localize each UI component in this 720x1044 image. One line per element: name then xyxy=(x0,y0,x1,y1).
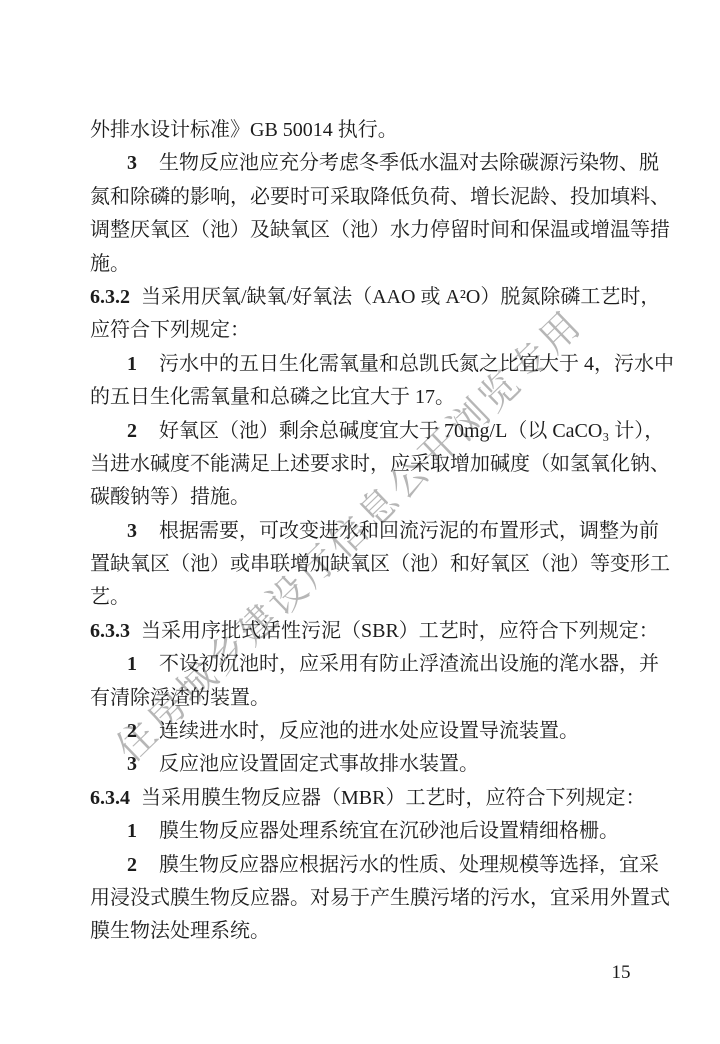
line-text: 当采用膜生物反应器（MBR）工艺时，应符合下列规定： xyxy=(141,787,645,809)
text-line: 3反应池应设置固定式事故排水装置。 xyxy=(90,748,646,781)
line-text: 碳酸钠等）措施。 xyxy=(90,486,250,508)
text-line: 6.3.3当采用序批式活性污泥（SBR）工艺时，应符合下列规定： xyxy=(90,615,646,648)
text-line: 1污水中的五日生化需氧量和总凯氏氮之比宜大于 4，污水中 xyxy=(90,348,646,381)
text-line: 6.3.2当采用厌氧/缺氧/好氧法（AAO 或 A²O）脱氮除磷工艺时， xyxy=(90,281,646,314)
item-number: 3 xyxy=(127,753,137,775)
text-column: 外排水设计标准》GB 50014 执行。 3生物反应池应充分考虑冬季低水温对去除… xyxy=(90,114,646,949)
line-text: 用浸没式膜生物反应器。对易于产生膜污堵的污水，宜采用外置式 xyxy=(90,887,670,909)
page-number: 15 xyxy=(606,962,636,984)
text-line: 调整厌氧区（池）及缺氧区（池）水力停留时间和保温或增温等措 xyxy=(90,214,646,247)
text-line: 2好氧区（池）剩余总碱度宜大于 70mg/L（以 CaCO₃ 计）， xyxy=(90,415,646,448)
text-line: 2连续进水时，反应池的进水处应设置导流装置。 xyxy=(90,715,646,748)
line-text: 当进水碱度不能满足上述要求时，应采取增加碱度（如氢氧化钠、 xyxy=(90,453,670,475)
line-text: 连续进水时，反应池的进水处应设置导流装置。 xyxy=(159,720,579,742)
text-line: 置缺氧区（池）或串联增加缺氧区（池）和好氧区（池）等变形工 xyxy=(90,548,646,581)
text-line: 当进水碱度不能满足上述要求时，应采取增加碱度（如氢氧化钠、 xyxy=(90,448,646,481)
line-text: 好氧区（池）剩余总碱度宜大于 70mg/L（以 CaCO₃ 计）， xyxy=(159,420,664,442)
line-text: 当采用厌氧/缺氧/好氧法（AAO 或 A²O）脱氮除磷工艺时， xyxy=(141,286,660,308)
line-text: 调整厌氧区（池）及缺氧区（池）水力停留时间和保温或增温等措 xyxy=(90,219,670,241)
line-text: 施。 xyxy=(90,253,130,275)
item-number: 6.3.2 xyxy=(90,286,130,308)
line-text: 生物反应池应充分考虑冬季低水温对去除碳源污染物、脱 xyxy=(159,152,659,174)
line-text: 污水中的五日生化需氧量和总凯氏氮之比宜大于 4，污水中 xyxy=(159,353,674,375)
text-line: 的五日生化需氧量和总磷之比宜大于 17。 xyxy=(90,381,646,414)
line-text: 根据需要，可改变进水和回流污泥的布置形式，调整为前 xyxy=(159,520,659,542)
text-line: 3生物反应池应充分考虑冬季低水温对去除碳源污染物、脱 xyxy=(90,147,646,180)
line-text: 膜生物反应器处理系统宜在沉砂池后设置精细格栅。 xyxy=(159,820,619,842)
item-number: 6.3.4 xyxy=(90,787,130,809)
item-number: 3 xyxy=(127,520,137,542)
item-number: 2 xyxy=(127,420,137,442)
text-line: 氮和除磷的影响，必要时可采取降低负荷、增长泥龄、投加填料、 xyxy=(90,181,646,214)
line-text: 不设初沉池时，应采用有防止浮渣流出设施的滗水器，并 xyxy=(159,653,659,675)
text-line: 应符合下列规定： xyxy=(90,314,646,347)
line-text: 置缺氧区（池）或串联增加缺氧区（池）和好氧区（池）等变形工 xyxy=(90,553,670,575)
document-page: 住房城乡建设厅信息公开浏览专用 外排水设计标准》GB 50014 执行。 3生物… xyxy=(0,0,720,1044)
text-line: 膜生物法处理系统。 xyxy=(90,915,646,948)
text-line: 碳酸钠等）措施。 xyxy=(90,481,646,514)
text-line: 6.3.4当采用膜生物反应器（MBR）工艺时，应符合下列规定： xyxy=(90,782,646,815)
text-line: 外排水设计标准》GB 50014 执行。 xyxy=(90,114,646,147)
line-text: 外排水设计标准》GB 50014 执行。 xyxy=(90,119,398,141)
item-number: 1 xyxy=(127,653,137,675)
line-text: 应符合下列规定： xyxy=(90,319,250,341)
text-line: 艺。 xyxy=(90,581,646,614)
line-text: 氮和除磷的影响，必要时可采取降低负荷、增长泥龄、投加填料、 xyxy=(90,186,670,208)
item-number: 2 xyxy=(127,720,137,742)
line-text: 膜生物法处理系统。 xyxy=(90,920,270,942)
item-number: 2 xyxy=(127,854,137,876)
item-number: 3 xyxy=(127,152,137,174)
text-line: 1膜生物反应器处理系统宜在沉砂池后设置精细格栅。 xyxy=(90,815,646,848)
text-line: 2膜生物反应器应根据污水的性质、处理规模等选择，宜采 xyxy=(90,849,646,882)
line-text: 当采用序批式活性污泥（SBR）工艺时，应符合下列规定： xyxy=(141,620,659,642)
line-text: 膜生物反应器应根据污水的性质、处理规模等选择，宜采 xyxy=(159,854,659,876)
line-text: 艺。 xyxy=(90,586,130,608)
line-text: 有清除浮渣的装置。 xyxy=(90,687,270,709)
line-text: 的五日生化需氧量和总磷之比宜大于 17。 xyxy=(90,386,455,408)
text-line: 施。 xyxy=(90,248,646,281)
item-number: 6.3.3 xyxy=(90,620,130,642)
text-line: 用浸没式膜生物反应器。对易于产生膜污堵的污水，宜采用外置式 xyxy=(90,882,646,915)
text-line: 3根据需要，可改变进水和回流污泥的布置形式，调整为前 xyxy=(90,515,646,548)
text-line: 1不设初沉池时，应采用有防止浮渣流出设施的滗水器，并 xyxy=(90,648,646,681)
item-number: 1 xyxy=(127,820,137,842)
item-number: 1 xyxy=(127,353,137,375)
line-text: 反应池应设置固定式事故排水装置。 xyxy=(159,753,479,775)
text-line: 有清除浮渣的装置。 xyxy=(90,682,646,715)
